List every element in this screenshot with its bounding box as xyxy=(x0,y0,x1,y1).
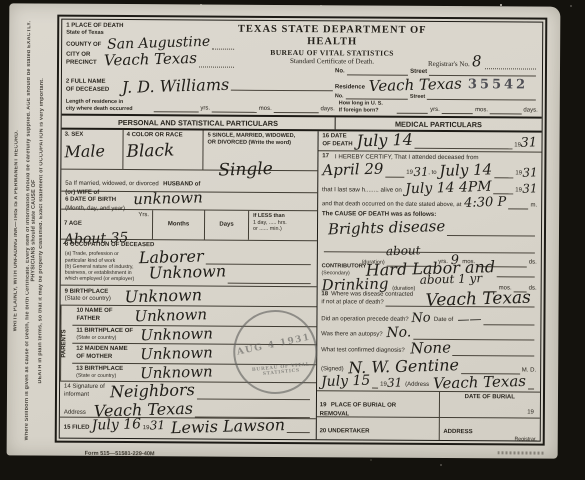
burial-date-label: DATE OF BURIAL xyxy=(444,394,536,402)
howlong-label-2: If foreign born? xyxy=(339,107,395,114)
scanned-death-certificate: WRITE PLAINLY, WITH UNFADING INK—THIS IS… xyxy=(0,0,585,480)
informant-label-2: informant xyxy=(64,391,110,398)
informant-value: Neighbors xyxy=(110,383,195,400)
blank-line xyxy=(397,107,428,114)
filed-date-value: July 16 xyxy=(91,418,141,432)
operation-label: Did an operation precede death? xyxy=(321,317,408,325)
blank-line xyxy=(528,382,534,389)
registrar-no-value: 8 xyxy=(472,55,482,69)
occupation-industry-value: Unknown xyxy=(149,265,227,282)
undertaker-address-label: ADDRESS xyxy=(443,429,472,435)
death-time-value: 4:30 P xyxy=(464,197,506,210)
parents-block: PARENTS 10 NAME OF FATHER Unknown xyxy=(60,306,316,384)
margin-note-3: DEATH in plain terms, so that it may be … xyxy=(38,14,52,448)
certificate-frame: 1 PLACE OF DEATH State of Texas COUNTY O… xyxy=(55,15,548,446)
m-label: m. xyxy=(530,202,537,209)
marital-label-2: OR DIVORCED (Write the word) xyxy=(208,140,314,147)
dob-label-1: 6 DATE OF BIRTH xyxy=(65,197,116,203)
husband-label-2: HUSBAND of xyxy=(163,182,200,188)
burial-place-cell: 19 PLACE OF BURIAL OR REMOVAL xyxy=(317,391,440,417)
county-label: COUNTY OF xyxy=(66,42,101,49)
date-of-death-value: July 14 xyxy=(356,133,413,149)
age-days-cell: Days xyxy=(205,211,249,240)
certificate-paper: WRITE PLAINLY, WITH UNFADING INK—THIS IS… xyxy=(7,3,561,458)
blank-line xyxy=(493,188,513,195)
occ-b-label-3: which employed (or employer) xyxy=(65,276,149,283)
year-prefix: 19 xyxy=(515,171,522,178)
burial-label-1: PLACE OF BURIAL OR xyxy=(331,402,396,408)
race-field: 4 COLOR OR RACE Black xyxy=(123,130,203,169)
attended-to-value: July 14 xyxy=(439,163,492,178)
father-name-label-1: 10 NAME OF xyxy=(76,308,134,316)
undertaker-cell: 20 UNDERTAKER xyxy=(317,417,440,440)
registrar-no-block: Registrar's No. 8 xyxy=(428,25,538,70)
blank-line xyxy=(427,93,536,101)
residence-value: Veach Texas xyxy=(369,77,462,93)
certificate-body: 1 PLACE OF DEATH State of Texas COUNTY O… xyxy=(59,19,544,442)
year-prefix: 19 xyxy=(406,170,413,177)
fullname-label-1: 2 FULL NAME xyxy=(66,79,122,87)
autopsy-value: No. xyxy=(386,326,411,339)
margin-note-2: Where Stillborn is given as cause of Dea… xyxy=(25,13,39,447)
father-name-value: Unknown xyxy=(134,308,207,324)
contributory-duration-value: about 1 yr xyxy=(419,274,482,287)
informant-address-value: Veach Texas xyxy=(94,401,193,418)
yrs-label: yrs. xyxy=(200,105,210,112)
operation-value: No xyxy=(412,312,432,324)
contracted-label-2: if not at place of death? xyxy=(321,299,383,307)
length-label-2: city where death occurred xyxy=(66,105,152,112)
test-value: None xyxy=(410,341,451,356)
mother-name-value: Unknown xyxy=(140,346,213,362)
informant-label-1: 14 Signature of xyxy=(64,384,110,391)
contracted-value: Veach Texas xyxy=(425,291,531,309)
residence-label: Residence xyxy=(335,84,365,91)
test-label: What test confirmed diagnosis? xyxy=(321,348,405,356)
occupation-row: 8 OCCUPATION OF DECEASED (a) Trade, prof… xyxy=(61,240,317,288)
age-label: 7 AGE xyxy=(64,221,82,227)
sex-race-marital-row: 3. SEX Male 4 COLOR OR RACE Black 5 SING… xyxy=(61,130,317,172)
fullname-row: 2 FULL NAME OF DECEASED J. D. Williams R… xyxy=(62,74,542,102)
medical-column: 16 DATE OF DEATH July 14 19 31 17 I HE xyxy=(317,132,542,441)
operation-date-label: Date of xyxy=(434,317,453,324)
blank-line xyxy=(228,276,310,284)
autopsy-label: Was there an autopsy? xyxy=(321,332,383,340)
title-block: TEXAS STATE DEPARTMENT OF HEALTH BUREAU … xyxy=(236,24,428,69)
certify-line-2: that I last saw h........ alive on xyxy=(322,186,402,194)
father-name-label-2: FATHER xyxy=(76,315,134,323)
father-bp-label-3: (State or country) xyxy=(76,335,140,342)
signed-date-value: July 15 xyxy=(321,375,371,389)
race-label: 4 COLOR OR RACE xyxy=(127,132,200,140)
undertaker-label: 20 UNDERTAKER xyxy=(320,428,370,434)
registrar-no-label: Registrar's No. xyxy=(428,60,470,69)
signed-label: (Signed) xyxy=(321,366,344,373)
street-label: Street xyxy=(410,93,425,100)
columns: 3. SEX Male 4 COLOR OR RACE Black 5 SING… xyxy=(60,130,542,441)
year-prefix: 19 xyxy=(515,187,522,194)
contributory-label: CONTRIBUTORY xyxy=(322,263,366,270)
attended-from-year: 31 xyxy=(413,166,429,177)
to-label: , to xyxy=(428,170,436,177)
age-yrs-label: Yrs. xyxy=(138,212,149,219)
cause-block: Brights disease about (duration) yrs. 9 xyxy=(318,220,541,261)
age-field: 7 AGE Yrs. About 35 xyxy=(61,210,153,240)
filed-row: 15 FILED July 16 19 31 Lewis Lawson Regi… xyxy=(60,418,316,439)
sex-label: 3. SEX xyxy=(65,132,120,140)
city-precinct-label: CITY OR PRECINCT xyxy=(66,52,104,67)
days-label: days. xyxy=(320,106,334,113)
race-value: Black xyxy=(126,143,174,160)
blank-line xyxy=(231,84,333,92)
year-prefix: 19 xyxy=(380,381,387,388)
age-less-3: or ...... min.) xyxy=(253,226,313,233)
father-birthplace-row: 11 BIRTHPLACE OF (State or country) Unkn… xyxy=(72,325,316,345)
registrar-caption: Registrar. xyxy=(515,436,537,442)
registrar-signature: Lewis Lawson xyxy=(171,418,286,436)
medical-section-title: MEDICAL PARTICULARS xyxy=(335,117,541,131)
father-name-row: 10 NAME OF FATHER Unknown xyxy=(72,306,316,327)
city-precinct-value: Veach Texas xyxy=(104,52,197,68)
year-prefix: 19 xyxy=(143,425,150,432)
blank-line xyxy=(494,171,513,178)
blank-line xyxy=(154,105,199,112)
mother-birthplace-value: Unknown xyxy=(140,365,213,381)
certify-block: 17 I HEREBY CERTIFY, That I attended dec… xyxy=(318,151,542,221)
yrs-label: yrs. xyxy=(430,107,440,114)
duration-about-value: about xyxy=(386,245,421,257)
sex-field: 3. SEX Male xyxy=(61,130,123,169)
department-title: TEXAS STATE DEPARTMENT OF HEALTH xyxy=(236,24,428,49)
blank-line xyxy=(324,245,535,253)
dob-row: 6 DATE OF BIRTH (Month, day, and year) u… xyxy=(61,192,317,212)
certify-line-3: and that death occurred on the date stat… xyxy=(322,201,461,209)
fullname-label-2: OF DECEASED xyxy=(66,86,122,94)
micro-print xyxy=(498,451,544,454)
certificate-serial-number: 35542 xyxy=(468,77,528,92)
signed-address-label: (Address xyxy=(405,382,429,389)
dod-label-2: OF DEATH xyxy=(322,141,356,148)
last-seen-year: 31 xyxy=(522,184,538,195)
blank-line xyxy=(497,270,535,277)
date-of-death-year: 31 xyxy=(521,137,538,149)
days-label: Days xyxy=(219,222,233,228)
contracted-number: 18 xyxy=(321,292,328,299)
header: 1 PLACE OF DEATH State of Texas COUNTY O… xyxy=(62,20,542,70)
certificate-subtitle: Standard Certificate of Death. xyxy=(236,57,428,67)
signed-date-row: July 15 19 31 (Address Veach Texas xyxy=(317,375,540,392)
blank-line xyxy=(508,202,528,209)
birthplace-value: Unknown xyxy=(124,288,202,305)
personal-column: 3. SEX Male 4 COLOR OR RACE Black 5 SING… xyxy=(60,130,319,439)
blank-line xyxy=(490,107,521,114)
sex-value: Male xyxy=(64,144,105,160)
days-label: days. xyxy=(523,107,537,114)
blank-line xyxy=(372,382,378,389)
contributory-block: CONTRIBUTORY (Secondary) Hard Labor and … xyxy=(317,260,540,291)
cause-value: Brights disease xyxy=(328,220,446,237)
place-of-death-block: 1 PLACE OF DEATH State of Texas COUNTY O… xyxy=(66,23,236,68)
operation-row: Did an operation precede death? No Date … xyxy=(317,310,540,327)
age-months-cell: Months xyxy=(153,211,205,240)
signed-year-value: 31 xyxy=(387,378,403,389)
age-less-cell: If LESS than 1 day, ..... hrs. or ......… xyxy=(249,211,317,240)
blank-line xyxy=(212,106,257,113)
attended-from-value: April 29 xyxy=(322,163,383,178)
form-number: Form 515—51581-229-40M xyxy=(85,451,155,457)
undertaker-row: 20 UNDERTAKER ADDRESS xyxy=(317,417,540,440)
months-label: Months xyxy=(168,222,189,228)
certify-number: 17 xyxy=(322,153,329,160)
mos-label: mos. xyxy=(475,107,488,114)
marital-value: Single xyxy=(219,162,274,179)
mother-bp-label-3: (State or country) xyxy=(76,373,140,380)
date-of-death-row: 16 DATE OF DEATH July 14 19 31 xyxy=(318,132,541,153)
mother-name-label-2: OF MOTHER xyxy=(76,353,140,361)
blank-line xyxy=(197,392,310,400)
birthplace-label-2: (State or country) xyxy=(65,295,125,303)
blank-line xyxy=(415,142,513,150)
blank-line xyxy=(287,426,310,433)
mother-name-row: 12 MAIDEN NAME OF MOTHER Unknown xyxy=(72,344,316,365)
contracted-row: 18 Where was disease contracted if not a… xyxy=(317,290,540,312)
deceased-name: J. D. Williams xyxy=(122,78,230,95)
attended-to-year: 31 xyxy=(522,167,538,178)
father-birthplace-value: Unknown xyxy=(140,327,213,343)
operation-date-value: —— xyxy=(457,314,481,325)
burial-number: 19 xyxy=(320,402,327,408)
parents-vertical-label: PARENTS xyxy=(60,306,72,381)
last-seen-value: July 14 4PM xyxy=(405,180,492,195)
blank-line xyxy=(385,170,404,177)
blank-line xyxy=(442,107,473,114)
filed-label: 15 FILED xyxy=(64,424,90,431)
burial-date-cell: DATE OF BURIAL 19 xyxy=(439,392,540,418)
dob-value: unknown xyxy=(133,191,203,206)
birthplace-label-1: 9 BIRTHPLACE xyxy=(65,288,125,296)
filed-year-value: 31 xyxy=(149,420,165,431)
blank-line xyxy=(212,43,234,50)
blank-line xyxy=(483,318,534,325)
personal-section-title: PERSONAL AND STATISTICAL PARTICULARS xyxy=(62,116,336,130)
mos-label: mos. xyxy=(259,106,272,113)
burial-row: 19 PLACE OF BURIAL OR REMOVAL DATE OF BU… xyxy=(317,391,540,418)
dod-label-1: 16 DATE xyxy=(322,134,356,141)
year-prefix: 19 xyxy=(527,409,534,416)
signed-address-value: Veach Texas xyxy=(433,374,526,390)
no-label: No. xyxy=(335,68,345,75)
blank-line xyxy=(274,106,319,113)
informant-row: 14 Signature of informant Neighbors Addr… xyxy=(60,382,316,420)
mother-name-label-1: 12 MAIDEN NAME xyxy=(76,346,140,354)
husband-label-1: 5a If married, widowed, or divorced xyxy=(65,181,158,188)
blank-line xyxy=(452,349,534,356)
blank-line xyxy=(447,229,535,237)
age-row: 7 AGE Yrs. About 35 Months Days xyxy=(61,210,317,242)
birthplace-row: 9 BIRTHPLACE (State or country) Unknown xyxy=(61,286,317,308)
no-label: No. xyxy=(335,93,344,100)
informant-address-label: Address xyxy=(64,410,94,417)
